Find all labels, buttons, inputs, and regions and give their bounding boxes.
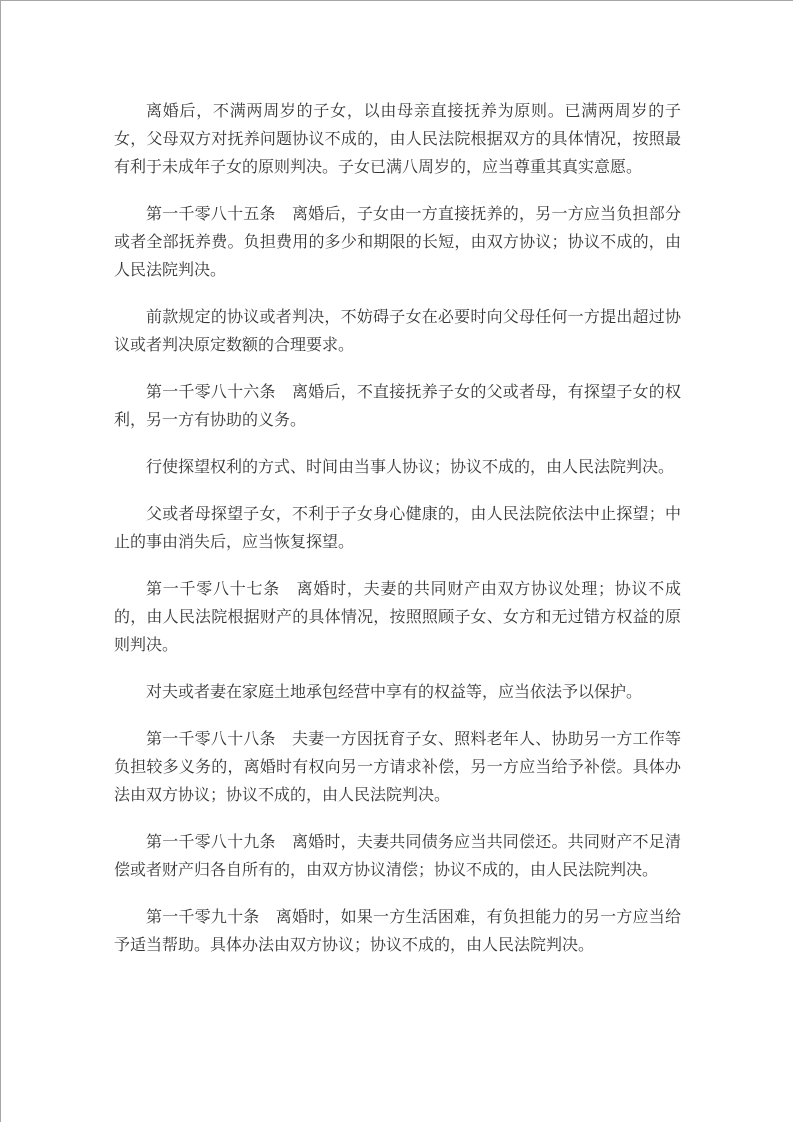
document-paragraph: 离婚后，不满两周岁的子女，以由母亲直接抚养为原则。已满两周岁的子女，父母双方对抚…: [114, 98, 681, 182]
document-paragraph: 对夫或者妻在家庭土地承包经营中享有的权益等，应当依法予以保护。: [114, 679, 681, 707]
document-paragraph-article-1087: 第一千零八十七条 离婚时，夫妻的共同财产由双方协议处理；协议不成的，由人民法院根…: [114, 576, 681, 660]
document-paragraph: 行使探望权利的方式、时间由当事人协议；协议不成的，由人民法院判决。: [114, 454, 681, 482]
document-paragraph-article-1086: 第一千零八十六条 离婚后，不直接抚养子女的父或者母，有探望子女的权利，另一方有协…: [114, 379, 681, 435]
document-paragraph-article-1085: 第一千零八十五条 离婚后，子女由一方直接抚养的，另一方应当负担部分或者全部抚养费…: [114, 201, 681, 285]
document-paragraph-article-1090: 第一千零九十条 离婚时，如果一方生活困难，有负担能力的另一方应当给予适当帮助。具…: [114, 904, 681, 960]
document-paragraph: 前款规定的协议或者判决，不妨碍子女在必要时向父母任何一方提出超过协议或者判决原定…: [114, 304, 681, 360]
document-paragraph-article-1088: 第一千零八十八条 夫妻一方因抚育子女、照料老年人、协助另一方工作等负担较多义务的…: [114, 726, 681, 810]
document-paragraph: 父或者母探望子女，不利于子女身心健康的，由人民法院依法中止探望；中止的事由消失后…: [114, 501, 681, 557]
document-paragraph-article-1089: 第一千零八十九条 离婚时，夫妻共同债务应当共同偿还。共同财产不足清偿或者财产归各…: [114, 829, 681, 885]
document-page: 离婚后，不满两周岁的子女，以由母亲直接抚养为原则。已满两周岁的子女，父母双方对抚…: [0, 0, 793, 1122]
